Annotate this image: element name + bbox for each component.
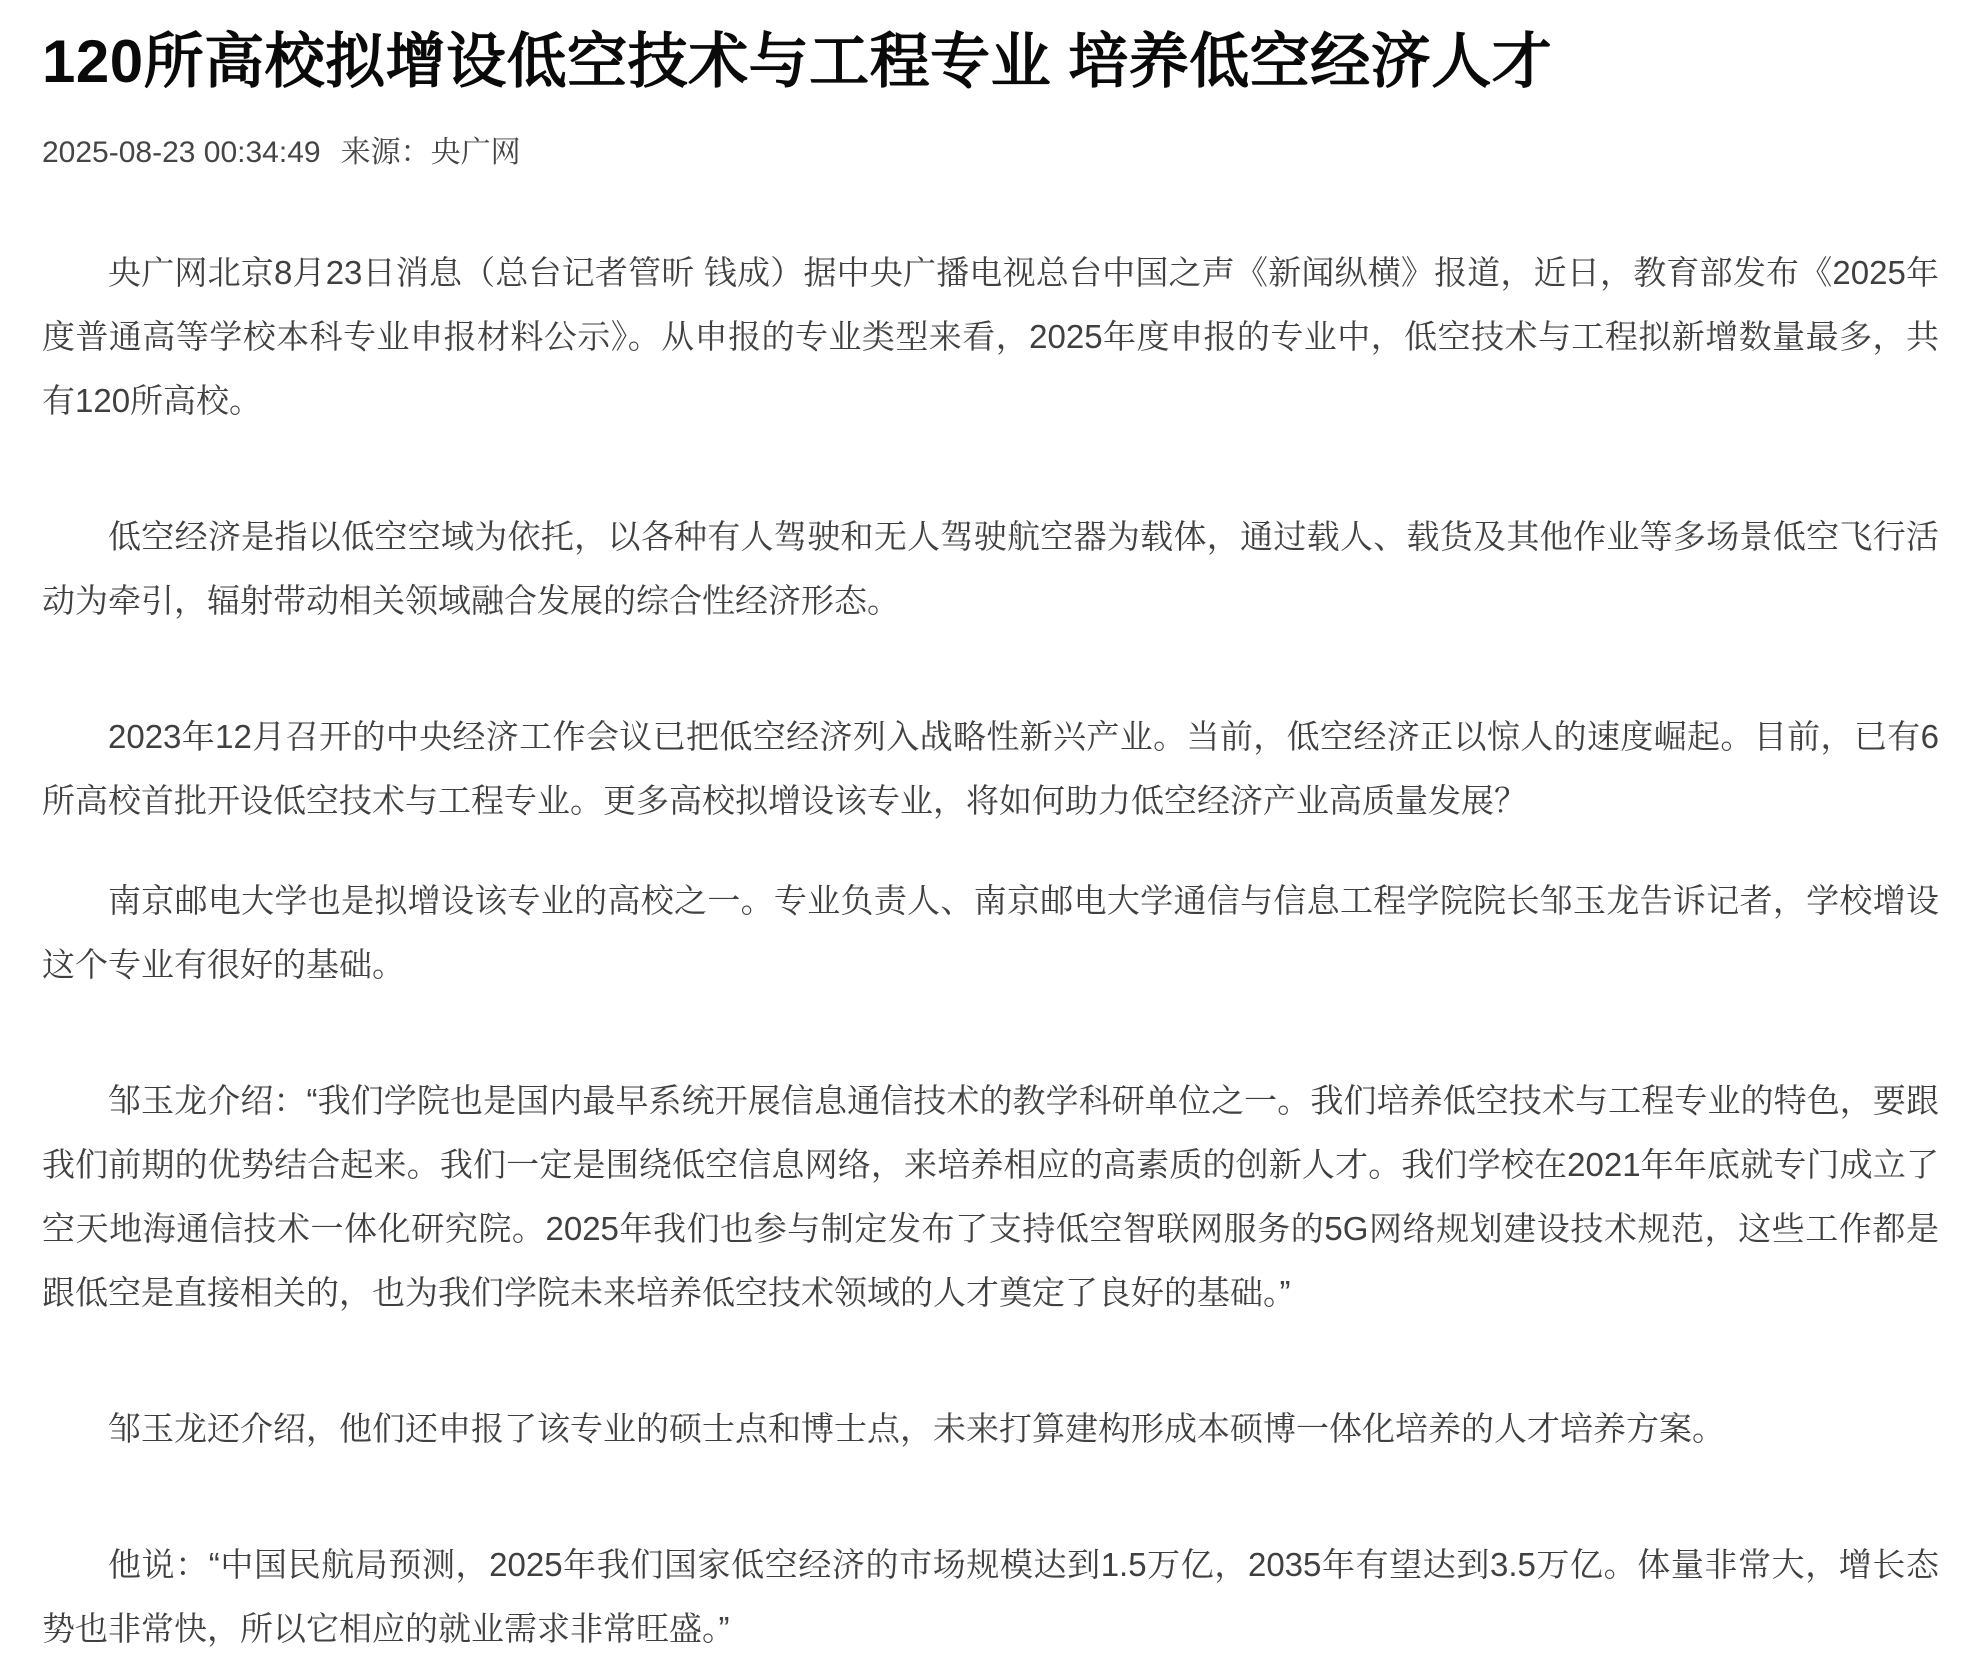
article-paragraph-7: 他说：“中国民航局预测，2025年我们国家低空经济的市场规模达到1.5万亿，20…	[42, 1533, 1939, 1661]
publish-time: 2025-08-23 00:34:49	[42, 136, 321, 169]
article-paragraph-5: 邹玉龙介绍：“我们学院也是国内最早系统开展信息通信技术的教学科研单位之一。我们培…	[42, 1069, 1939, 1325]
article-paragraph-1: 央广网北京8月23日消息（总台记者管昕 钱成）据中央广播电视总台中国之声《新闻纵…	[42, 241, 1939, 433]
article-paragraph-2: 低空经济是指以低空空域为依托，以各种有人驾驶和无人驾驶航空器为载体，通过载人、载…	[42, 505, 1939, 633]
article-paragraph-6: 邹玉龙还介绍，他们还申报了该专业的硕士点和博士点，未来打算建构形成本硕博一体化培…	[42, 1397, 1939, 1461]
article-meta: 2025-08-23 00:34:49来源：央广网	[42, 135, 1939, 171]
article-paragraph-4: 南京邮电大学也是拟增设该专业的高校之一。专业负责人、南京邮电大学通信与信息工程学…	[42, 869, 1939, 997]
article-body: 央广网北京8月23日消息（总台记者管昕 钱成）据中央广播电视总台中国之声《新闻纵…	[42, 171, 1939, 1661]
source-name: 央广网	[431, 136, 521, 169]
article-page: 120所高校拟增设低空技术与工程专业 培养低空经济人才 2025-08-23 0…	[0, 0, 1965, 1661]
article-paragraph-3: 2023年12月召开的中央经济工作会议已把低空经济列入战略性新兴产业。当前，低空…	[42, 705, 1939, 833]
article-title: 120所高校拟增设低空技术与工程专业 培养低空经济人才	[42, 24, 1939, 99]
source-label: 来源：	[341, 136, 431, 169]
